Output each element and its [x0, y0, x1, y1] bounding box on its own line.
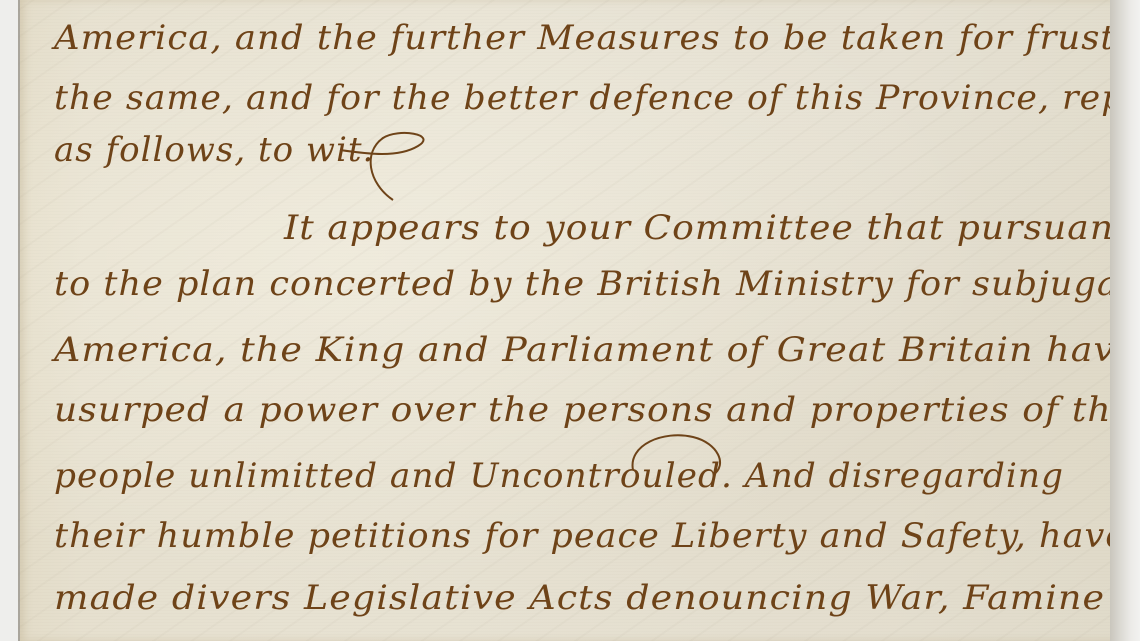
manuscript-line-10: made divers Legislative Acts denouncing …: [54, 578, 1105, 618]
manuscript-line-6: America, the King and Parliament of Grea…: [54, 330, 1138, 370]
manuscript-line-4: It appears to your Committee that pursua…: [284, 208, 1130, 248]
manuscript-line-1: America, and the further Measures to be …: [54, 18, 1140, 58]
manuscript-page: America, and the further Measures to be …: [18, 0, 1114, 641]
manuscript-line-9: their humble petitions for peace Liberty…: [54, 516, 1127, 556]
manuscript-line-8: people unlimitted and Uncontrouled. And …: [54, 456, 1064, 496]
manuscript-line-7: usurped a power over the persons and pro…: [54, 390, 1134, 430]
page-edge-shadow: [1110, 0, 1140, 641]
document-viewer: America, and the further Measures to be …: [0, 0, 1140, 641]
manuscript-line-5: to the plan concerted by the British Min…: [54, 264, 1140, 304]
manuscript-line-2: the same, and for the better defence of …: [54, 78, 1140, 118]
manuscript-line-3: as follows, to wit.: [54, 130, 374, 170]
